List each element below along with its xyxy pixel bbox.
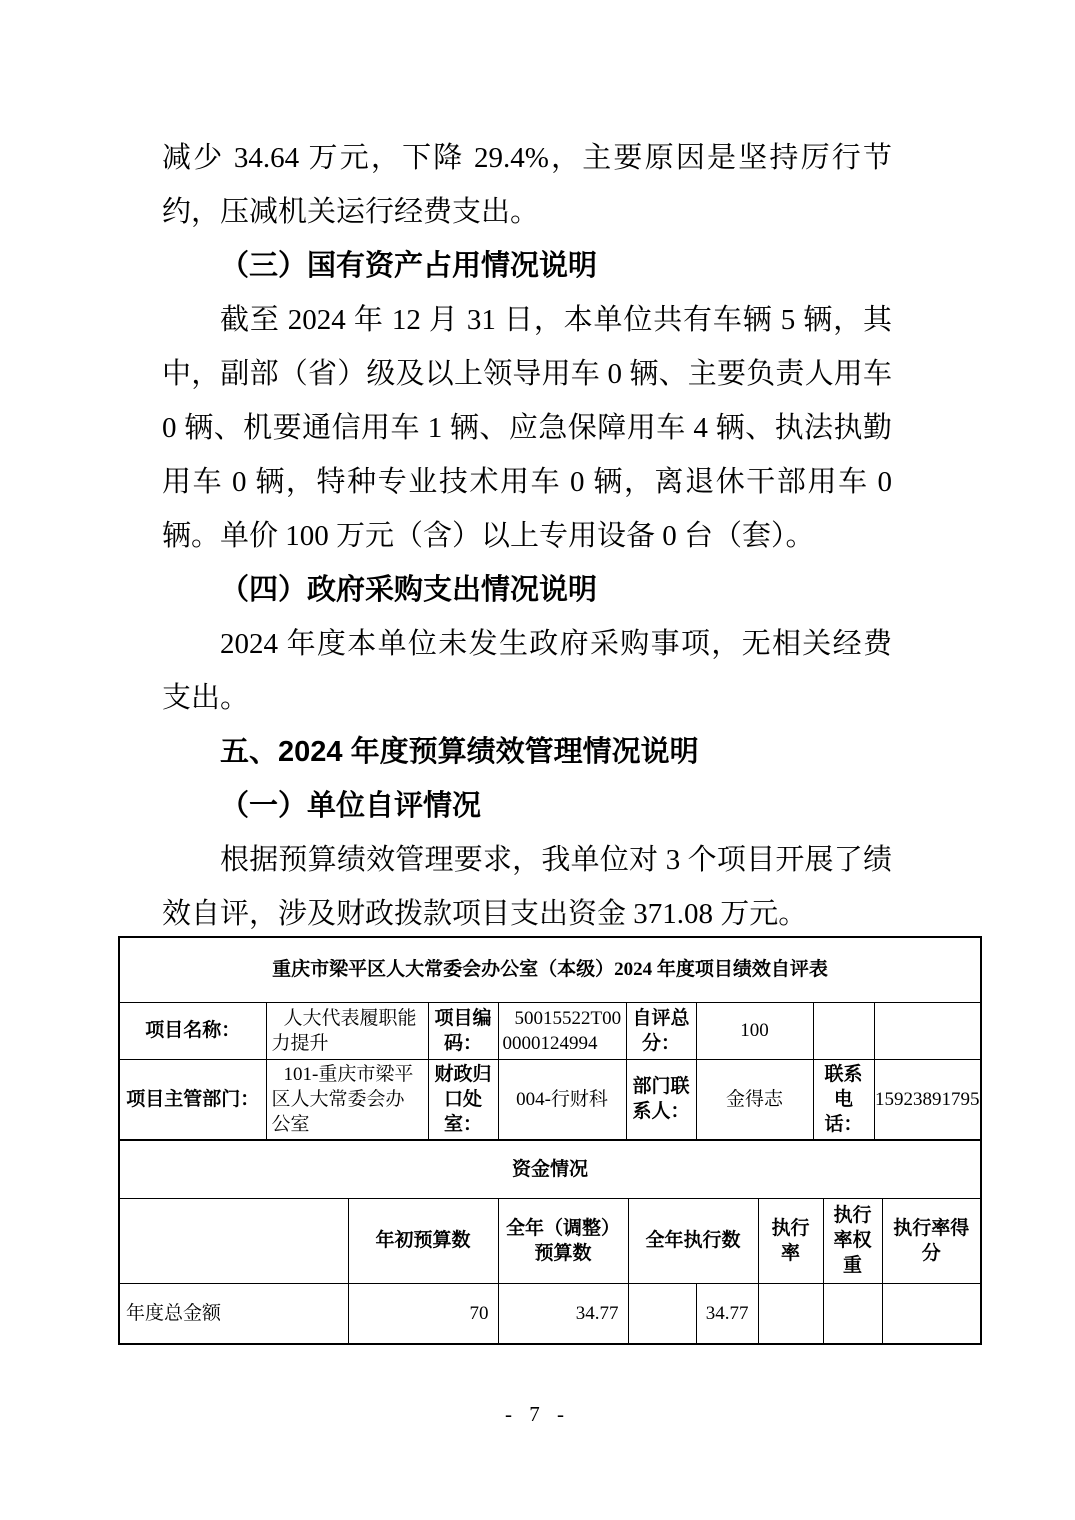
adjusted-budget-value: 34.77 bbox=[498, 1283, 628, 1344]
table-title: 重庆市梁平区人大常委会办公室（本级）2024 年度项目绩效自评表 bbox=[119, 937, 981, 1002]
project-name-value: 人大代表履职能力提升 bbox=[266, 1002, 428, 1059]
project-name-label: 项目名称： bbox=[119, 1002, 266, 1059]
para-procurement-note: 2024 年度本单位未发生政府采购事项，无相关经费支出。 bbox=[162, 617, 892, 725]
fund-col-rate-weight: 执行率权重 bbox=[823, 1198, 882, 1283]
fund-col-initial-budget: 年初预算数 bbox=[348, 1198, 498, 1283]
document-page: 减少 34.64 万元，下降 29.4%，主要原因是坚持厉行节约，压减机关运行经… bbox=[0, 0, 1075, 1520]
para-vehicles-assets: 截至 2024 年 12 月 31 日，本单位共有车辆 5 辆，其中，副部（省）… bbox=[162, 293, 892, 563]
annual-total-label: 年度总金额 bbox=[119, 1283, 348, 1344]
executed-value: 34.77 bbox=[696, 1283, 758, 1344]
competent-dept-value: 101-重庆市梁平区人大常委会办公室 bbox=[266, 1059, 428, 1140]
para-expense-reduction: 减少 34.64 万元，下降 29.4%，主要原因是坚持厉行节约，压减机关运行经… bbox=[162, 131, 892, 239]
fund-col-execution-rate: 执行率 bbox=[758, 1198, 823, 1283]
rate-score-value bbox=[882, 1283, 981, 1344]
initial-budget-value: 70 bbox=[348, 1283, 498, 1344]
self-eval-table: 重庆市梁平区人大常委会办公室（本级）2024 年度项目绩效自评表 项目名称： 人… bbox=[118, 936, 980, 1345]
heading-self-evaluation: （一）单位自评情况 bbox=[162, 779, 892, 833]
finance-office-value: 004-行财科 bbox=[498, 1059, 626, 1140]
empty-cell bbox=[874, 1002, 981, 1059]
body-text-block: 减少 34.64 万元，下降 29.4%，主要原因是坚持厉行节约，压减机关运行经… bbox=[162, 131, 892, 941]
self-eval-table-info: 重庆市梁平区人大常委会办公室（本级）2024 年度项目绩效自评表 项目名称： 人… bbox=[118, 936, 982, 1141]
fund-col-rate-score: 执行率得分 bbox=[882, 1198, 981, 1283]
fund-col-executed: 全年执行数 bbox=[628, 1198, 758, 1283]
phone-label: 联系电话： bbox=[813, 1059, 874, 1140]
finance-office-label: 财政归口处室： bbox=[428, 1059, 498, 1140]
execution-rate-value bbox=[758, 1283, 823, 1344]
competent-dept-label: 项目主管部门： bbox=[119, 1059, 266, 1140]
rate-weight-value bbox=[823, 1283, 882, 1344]
heading-state-assets: （三）国有资产占用情况说明 bbox=[162, 239, 892, 293]
fund-col-empty bbox=[119, 1198, 348, 1283]
heading-gov-procurement: （四）政府采购支出情况说明 bbox=[162, 563, 892, 617]
para-self-evaluation: 根据预算绩效管理要求，我单位对 3 个项目开展了绩效自评，涉及财政拨款项目支出资… bbox=[162, 833, 892, 941]
project-code-value: 50015522T000000124994 bbox=[498, 1002, 626, 1059]
empty-cell bbox=[813, 1002, 874, 1059]
self-eval-score-label: 自评总分： bbox=[626, 1002, 696, 1059]
self-eval-table-funding: 资金情况 年初预算数 全年（调整）预算数 全年执行数 执行率 执行率权重 执行率… bbox=[118, 1139, 982, 1345]
heading-budget-performance: 五、2024 年度预算绩效管理情况说明 bbox=[162, 725, 892, 779]
project-code-label: 项目编码： bbox=[428, 1002, 498, 1059]
executed-empty-sub bbox=[628, 1283, 696, 1344]
fund-col-adjusted-budget: 全年（调整）预算数 bbox=[498, 1198, 628, 1283]
self-eval-score-value: 100 bbox=[696, 1002, 813, 1059]
page-number: - 7 - bbox=[0, 1402, 1075, 1427]
dept-contact-label: 部门联系人： bbox=[626, 1059, 696, 1140]
phone-value: 15923891795 bbox=[874, 1059, 981, 1140]
dept-contact-value: 金得志 bbox=[696, 1059, 813, 1140]
funding-section-title: 资金情况 bbox=[119, 1140, 981, 1198]
